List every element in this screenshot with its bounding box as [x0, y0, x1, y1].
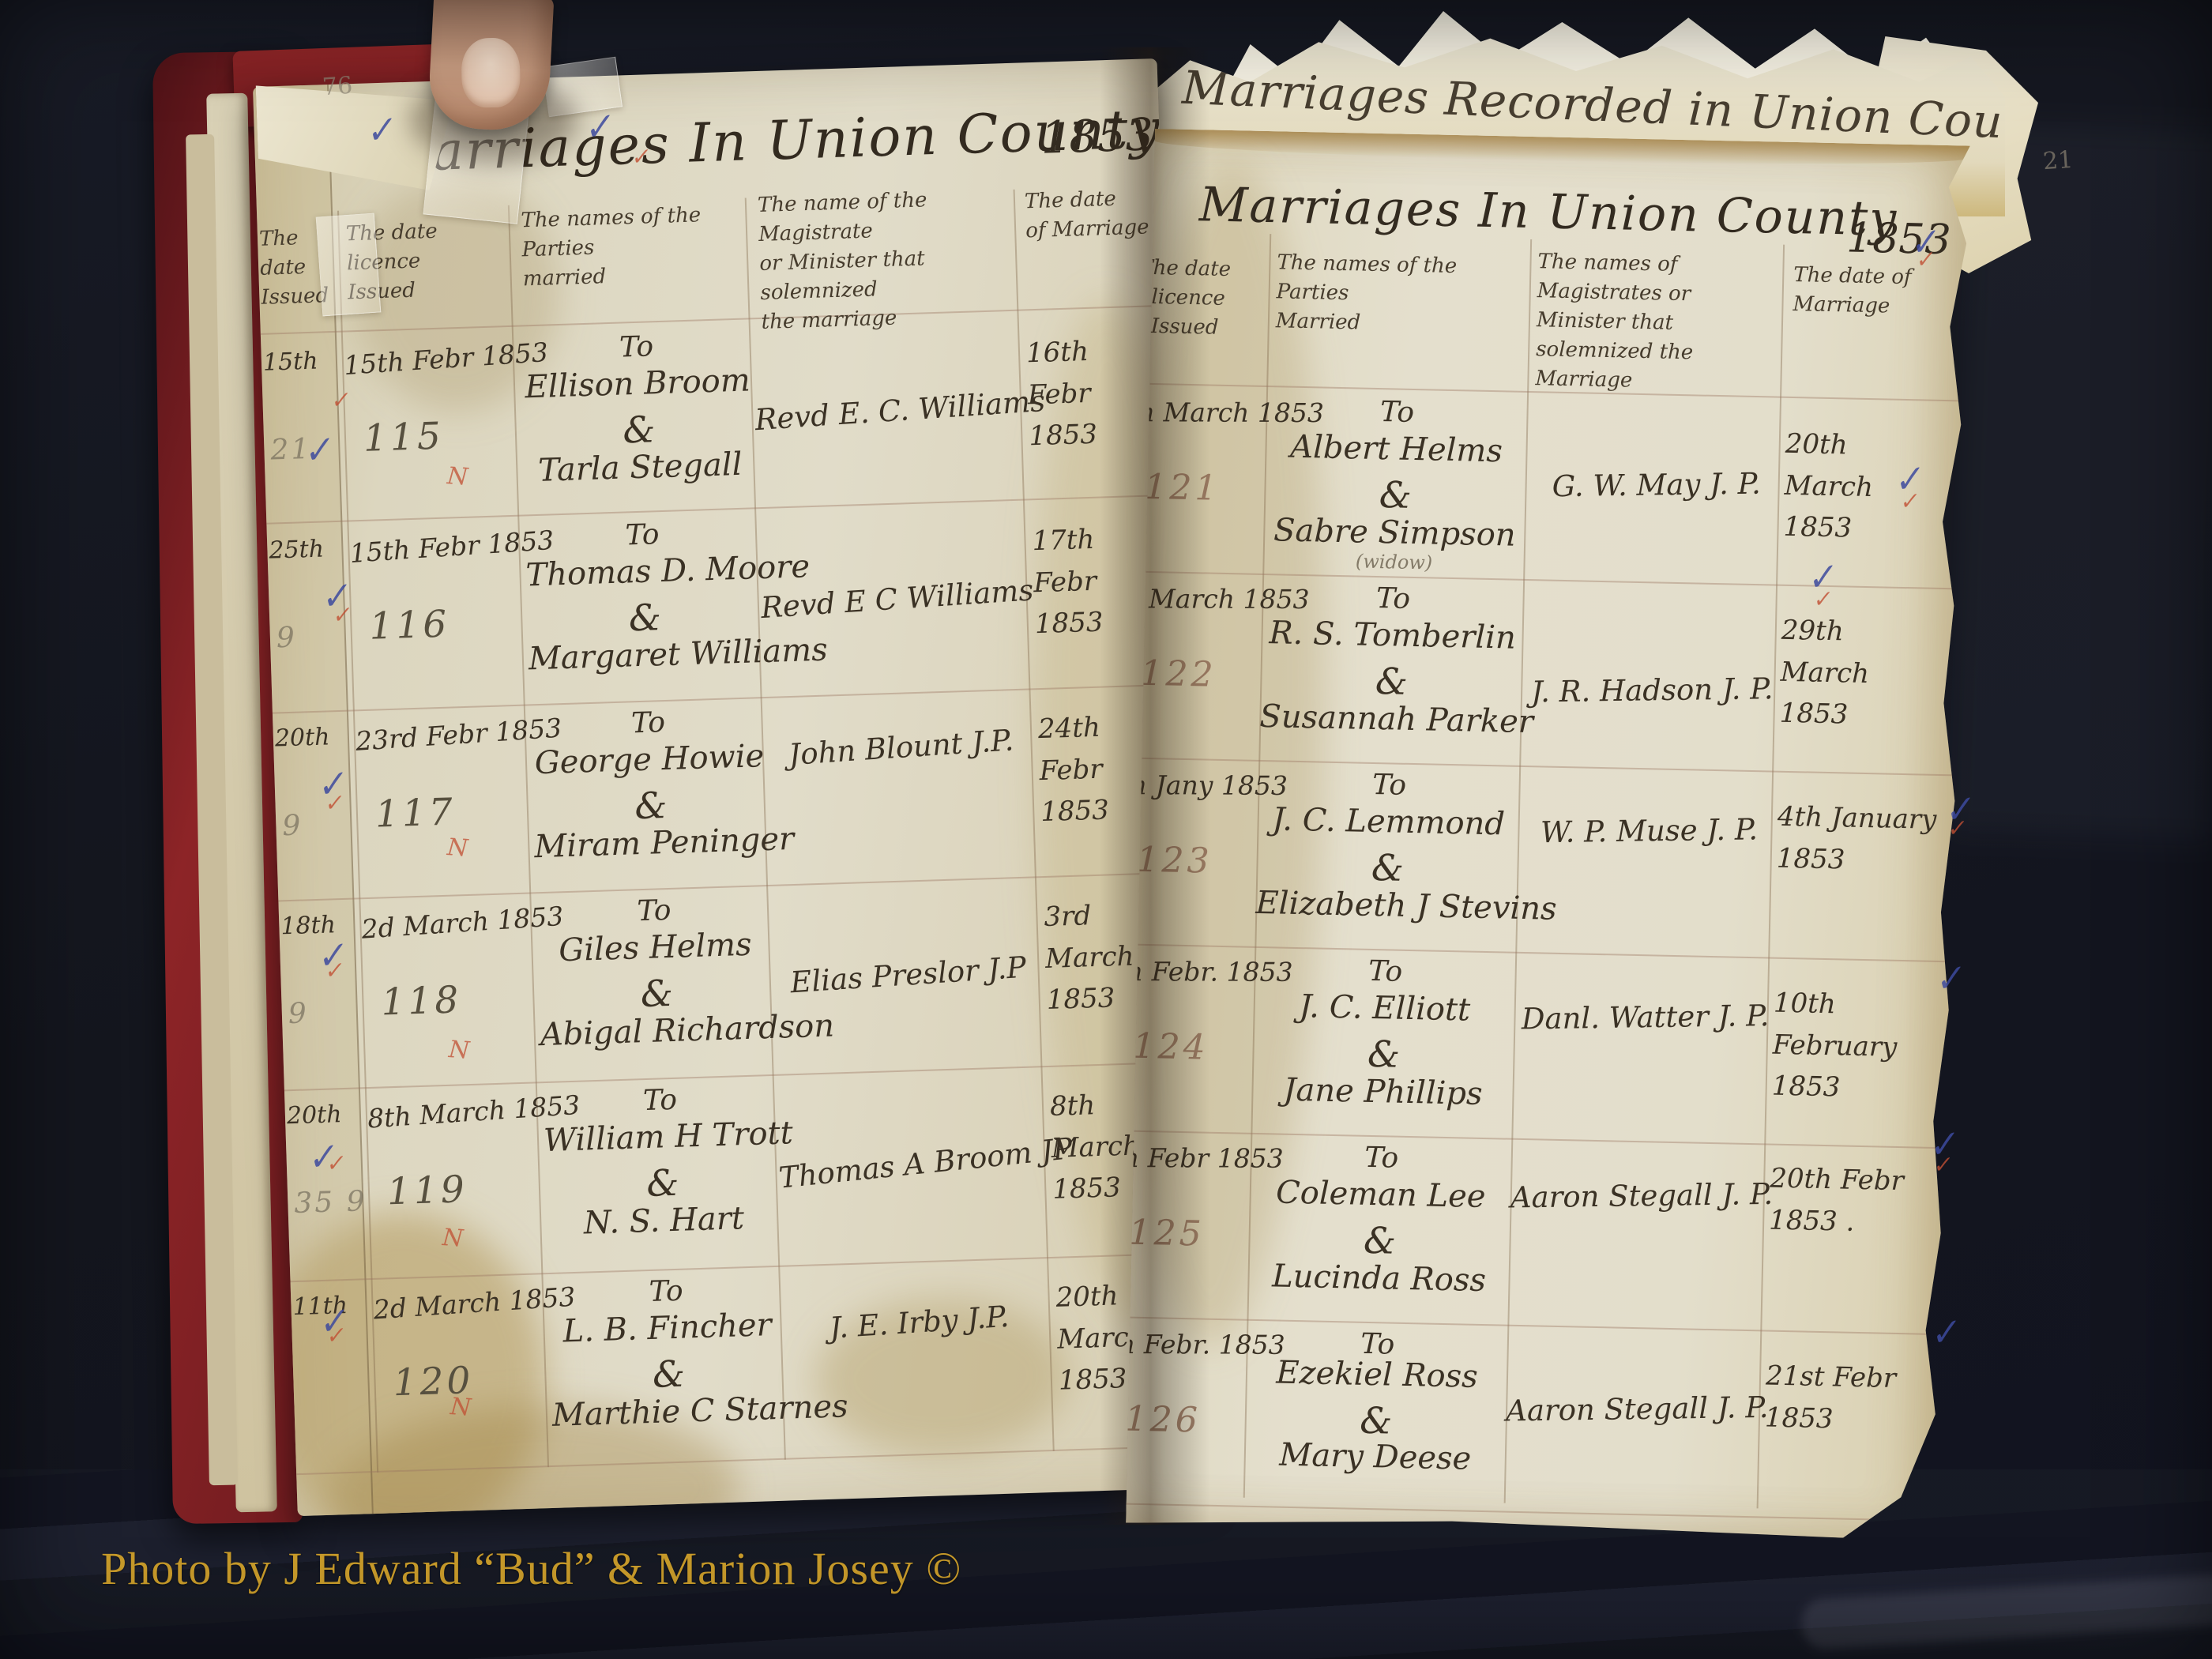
groom-name: William H Trott	[543, 1115, 779, 1159]
margin-date: 15th	[262, 347, 339, 377]
bride-name: Mary Deese	[1243, 1436, 1507, 1478]
parties: To J. C. Lemmond & Elizabeth J Stevins	[1255, 765, 1521, 957]
widow-note: (widow)	[1262, 548, 1525, 576]
officiant-name: J. E. Irby J.P.	[782, 1296, 1055, 1349]
bride-name: Susannah Parker	[1259, 698, 1522, 740]
groom-name: R. S. Tomberlin	[1261, 615, 1524, 656]
officiant-name: Danl. Watter J. P.	[1514, 999, 1777, 1036]
to-label: To	[1262, 580, 1525, 618]
groom-name: L. B. Fincher	[549, 1307, 785, 1350]
blue-check-icon: ✓	[1926, 1311, 1962, 1356]
officiant-name: Revd E. C. Williams	[754, 385, 1027, 437]
record-number: 118	[381, 978, 462, 1024]
right-page[interactable]: Marriages In Union County 1853 The date …	[1126, 129, 1970, 1540]
parties: To Coleman Lee & Lucinda Ross	[1247, 1138, 1513, 1330]
margin-date: 18th	[280, 910, 357, 940]
ledger-row: 7th Febr 1853 125 To Coleman Lee & Lucin…	[1130, 1135, 1949, 1339]
to-label: To	[518, 327, 754, 367]
record-number: 120	[393, 1359, 474, 1405]
margin-pencil-number: 9	[288, 997, 309, 1030]
margin-date: 25th	[269, 535, 345, 565]
marriage-date: 21st Febr 1853	[1764, 1356, 1938, 1443]
marriage-date: 10th February 1853	[1771, 983, 1946, 1112]
to-label: To	[542, 1081, 778, 1120]
to-label: To	[530, 703, 766, 743]
record-number: 116	[369, 603, 450, 649]
margin-pencil-number: 9	[282, 809, 303, 842]
parties: To Albert Helms & Sabre Simpson (widow)	[1262, 392, 1529, 584]
bride-name: Margaret Williams	[528, 634, 764, 677]
ampersand: &	[1260, 657, 1523, 705]
parties: To R. S. Tomberlin & Susannah Parker	[1258, 578, 1525, 770]
ampersand: &	[1256, 844, 1519, 892]
margin-date: 20th	[286, 1100, 363, 1130]
parties: To L. B. Fincher & Marthie C Starnes	[548, 1270, 789, 1464]
ledger-row: 4th Jany 1853 123 To J. C. Lemmond & Eli…	[1138, 762, 1957, 966]
marriage-date: 20th March 1853	[1783, 423, 1958, 552]
page-title-year: 1853	[1846, 214, 1952, 264]
to-label: To	[1266, 393, 1529, 431]
officiant-name: Aaron Stegall J. P.	[1506, 1390, 1769, 1428]
page-title: Marriages In Union County	[1198, 177, 1898, 247]
parties: To William H Trott & N. S. Hart	[542, 1079, 783, 1273]
margin-date: 20th	[274, 723, 351, 753]
bride-name: Sabre Simpson	[1263, 512, 1526, 554]
groom-name: Ezekiel Ross	[1246, 1354, 1509, 1396]
parties: To Thomas D. Moore & Margaret Williams	[524, 513, 765, 707]
officiant-name: G. W. May J. P.	[1525, 466, 1788, 504]
parties: To Ellison Broom & Tarla Stegall	[518, 325, 759, 519]
ampersand: &	[1264, 471, 1527, 519]
to-label: To	[1250, 1139, 1513, 1177]
bride-name: Marthie C Starnes	[551, 1390, 788, 1434]
parties: To Ezekiel Ross & Mary Deese	[1243, 1324, 1509, 1516]
ledger-row: 15th 21 15th Febr 1853 115 To Ellison Br…	[261, 313, 1171, 528]
column-header-parties: The names of the Parties Married	[1276, 248, 1518, 340]
ledger-row: 20th 35 9 8th March 1853 119 To William …	[284, 1066, 1194, 1281]
groom-name: George Howie	[531, 738, 767, 781]
ledger-row: 25th 9 15th Febr 1853 116 To Thomas D. M…	[267, 501, 1177, 716]
ledger-row: 9th March 1853 121 To Albert Helms & Sab…	[1145, 389, 1965, 593]
parties: To George Howie & Miram Peninger	[530, 702, 771, 895]
bride-name: Miram Peninger	[534, 822, 770, 865]
officiant-name: John Blount J.P.	[765, 721, 1038, 773]
officiant-name: W. P. Muse J. P.	[1518, 812, 1781, 850]
bride-name: Lucinda Ross	[1247, 1258, 1510, 1300]
to-label: To	[1254, 953, 1517, 991]
thumb-nail	[461, 37, 521, 107]
officiant-name: J. R. Hadson J. P.	[1521, 671, 1784, 709]
gutter-shadow	[1100, 47, 1210, 1525]
ledger-row: 4th Febr. 1853 124 To J. C. Elliott & Ja…	[1134, 949, 1953, 1153]
marriage-date: 29th March 1853	[1779, 610, 1954, 739]
to-label: To	[1258, 766, 1521, 804]
photo-canvas: Marriages Recorded in Union County 185 M…	[0, 0, 2212, 1659]
margin-pencil-number: 21	[270, 433, 312, 467]
bride-name: Elizabeth J Stevins	[1255, 885, 1518, 927]
officiant-name: Thomas A Broom JP	[777, 1134, 1051, 1195]
groom-name: Albert Helms	[1265, 428, 1528, 470]
to-label: To	[548, 1272, 784, 1311]
ledger-row: 28 March 1853 122 To R. S. Tomberlin & S…	[1142, 576, 1961, 780]
groom-name: J. C. Elliott	[1253, 987, 1516, 1029]
ampersand: &	[1248, 1217, 1511, 1265]
record-number: 115	[363, 415, 444, 461]
to-label: To	[536, 891, 772, 931]
groom-name: Thomas D. Moore	[525, 550, 762, 593]
marriage-date: 4th January 1853	[1776, 796, 1950, 883]
ledger-row: 18th 9 2d March 1853 118 To Giles Helms …	[279, 877, 1189, 1092]
bride-name: Abigal Richardson	[540, 1010, 776, 1053]
column-header-marriage-date: The date of Marriage	[1793, 261, 1963, 322]
to-label: To	[524, 515, 760, 555]
photo-credit: Photo by J Edward “Bud” & Marion Josey ©	[101, 1542, 961, 1595]
bride-name: N. S. Hart	[546, 1199, 782, 1243]
parties: To J. C. Elliott & Jane Phillips	[1251, 951, 1517, 1143]
margin-pencil-number: 35 9	[294, 1185, 367, 1220]
column-header-officiant: The names of Magistrates or Minister tha…	[1535, 247, 1789, 398]
tape-piece	[316, 213, 382, 317]
ledger-row: 20th 9 23rd Febr 1853 117 To George Howi…	[273, 689, 1183, 904]
groom-name: Giles Helms	[537, 926, 773, 969]
officiant-name: Aaron Stegall J. P.	[1510, 1177, 1774, 1215]
margin-pencil-number: 9	[276, 622, 297, 655]
groom-name: Ellison Broom	[519, 362, 755, 405]
left-page[interactable]: Marriages In Union County 1853 The date …	[253, 58, 1202, 1516]
officiant-name: Elias Preslor J.P	[772, 949, 1045, 1001]
ledger-row: 4th Febr. 1853 126 To Ezekiel Ross & Mar…	[1126, 1322, 1945, 1525]
record-number: 119	[386, 1168, 468, 1213]
parties: To Giles Helms & Abigal Richardson	[536, 890, 777, 1083]
column-header-officiant: The name of the Magistrate or Minister t…	[757, 182, 1026, 337]
ampersand: &	[1252, 1030, 1515, 1078]
groom-name: J. C. Lemmond	[1257, 801, 1520, 843]
bride-name: Jane Phillips	[1251, 1071, 1514, 1113]
column-header-parties: The names of the Parties married	[521, 199, 752, 294]
margin-date: 11th	[292, 1291, 369, 1321]
groom-name: Coleman Lee	[1249, 1174, 1512, 1216]
bride-name: Tarla Stegall	[522, 446, 758, 489]
marriage-date: 20th Febr 1853 .	[1769, 1158, 1943, 1245]
ledger-row: 11th 2d March 1853 120 To L. B. Fincher …	[291, 1257, 1201, 1472]
record-number: 117	[374, 790, 456, 836]
